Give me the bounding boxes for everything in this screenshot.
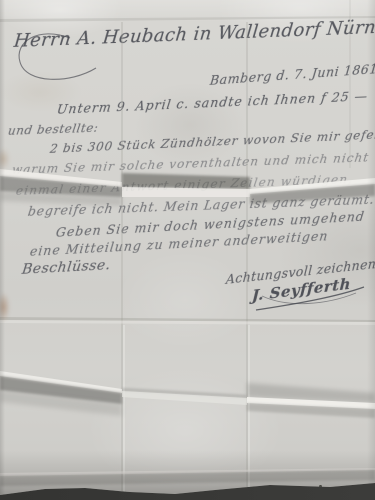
date-line: Bamberg d. 7. Juni 1861 (209, 61, 375, 88)
letter-photo: Herrn A. Heubach in Wallendorf Nürnberg … (0, 0, 375, 500)
body-line-9: Beschlüsse. (21, 257, 112, 278)
recipient-line: Herrn A. Heubach in Wallendorf Nürnberg (13, 15, 375, 52)
body-line-2: und bestellte: (7, 121, 99, 138)
body-line-1: Unterm 9. April c. sandte ich Ihnen f 25… (56, 88, 369, 117)
handwriting-block: Herrn A. Heubach in Wallendorf Nürnberg … (0, 0, 375, 500)
letter-sheet: Herrn A. Heubach in Wallendorf Nürnberg … (0, 0, 375, 500)
